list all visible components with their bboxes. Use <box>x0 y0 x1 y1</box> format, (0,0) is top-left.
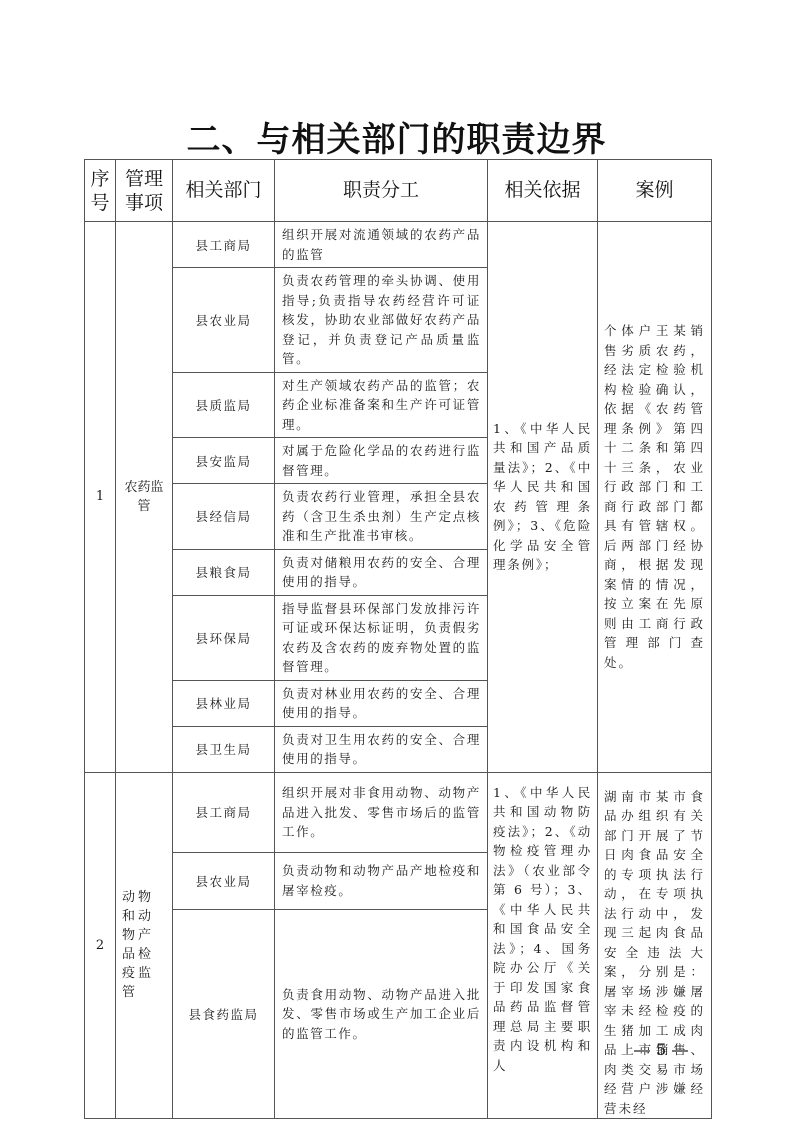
header-basis: 相关依据 <box>488 160 598 222</box>
legal-basis: 1、《中华人民共和国产品质量法》；2、《中华人民共和国农药管理条例》；3、《危险… <box>488 222 598 773</box>
department: 县食药监局 <box>173 909 275 1118</box>
duty: 负责动物和动物产品产地检疫和屠宰检疫。 <box>275 853 488 910</box>
duty: 指导监督县环保部门发放排污许可证或环保达标证明，负责假劣农药及含农药的废弃物处置… <box>275 595 488 680</box>
duty: 负责对林业用农药的安全、合理使用的指导。 <box>275 680 488 726</box>
management-item: 农药监管 <box>116 222 173 773</box>
duty: 对生产领域农药产品的监管；农药企业标准备案和生产许可证管理。 <box>275 372 488 438</box>
section-number: 2 <box>85 772 116 1119</box>
duty: 负责农药管理的牵头协调、使用指导;负责指导农药经营许可证核发，协助农业部做好农药… <box>275 268 488 373</box>
department: 县经信局 <box>173 484 275 550</box>
duty: 负责农药行业管理，承担全县农药（含卫生杀虫剂）生产定点核准和生产批准书审核。 <box>275 484 488 550</box>
table-row: 1 农药监管 县工商局 组织开展对流通领域的农药产品的监管 1、《中华人民共和国… <box>85 222 712 268</box>
table-row: 2 动物和动物产品检疫监管 县工商局 组织开展对非食用动物、动物产品进入批发、零… <box>85 772 712 853</box>
duty: 对属于危险化学品的农药进行监督管理。 <box>275 438 488 484</box>
responsibility-table: 序号 管理事项 相关部门 职责分工 相关依据 案例 1 农药监管 县工商局 组织… <box>84 159 712 1119</box>
management-item: 动物和动物产品检疫监管 <box>116 772 173 1119</box>
case-example: 个体户王某销售劣质农药，经法定检验机构检验确认，依据《农药管理条例》第四十二条和… <box>598 222 712 773</box>
duty: 负责对储粮用农药的安全、合理使用的指导。 <box>275 549 488 595</box>
header-duty: 职责分工 <box>275 160 488 222</box>
duty: 组织开展对非食用动物、动物产品进入批发、零售市场后的监管工作。 <box>275 772 488 853</box>
department: 县卫生局 <box>173 726 275 772</box>
header-dept: 相关部门 <box>173 160 275 222</box>
page-title: 二、与相关部门的职责边界 <box>0 112 793 161</box>
department: 县安监局 <box>173 438 275 484</box>
dash-left <box>634 1050 650 1052</box>
department: 县工商局 <box>173 772 275 853</box>
header-case: 案例 <box>598 160 712 222</box>
page-number: 5 <box>628 1040 694 1059</box>
case-example: 湖南市某市食品办组织有关部门开展了节日肉食品安全的专项执法行动，在专项执法行动中… <box>598 772 712 1119</box>
department: 县林业局 <box>173 680 275 726</box>
department: 县农业局 <box>173 853 275 910</box>
table-header-row: 序号 管理事项 相关部门 职责分工 相关依据 案例 <box>85 160 712 222</box>
department: 县质监局 <box>173 372 275 438</box>
department: 县环保局 <box>173 595 275 680</box>
duty: 负责对卫生用农药的安全、合理使用的指导。 <box>275 726 488 772</box>
duty: 负责食用动物、动物产品进入批发、零售市场或生产加工企业后的监管工作。 <box>275 909 488 1118</box>
legal-basis: 1、《中华人民共和国动物防疫法》；2、《动物检疫管理办法》（农业部令第 6 号）… <box>488 772 598 1119</box>
department: 县工商局 <box>173 222 275 268</box>
header-item: 管理事项 <box>116 160 173 222</box>
page-number-value: 5 <box>656 1040 666 1059</box>
section-number: 1 <box>85 222 116 773</box>
header-no: 序号 <box>85 160 116 222</box>
duty: 组织开展对流通领域的农药产品的监管 <box>275 222 488 268</box>
dash-right <box>672 1050 688 1052</box>
department: 县粮食局 <box>173 549 275 595</box>
department: 县农业局 <box>173 268 275 373</box>
